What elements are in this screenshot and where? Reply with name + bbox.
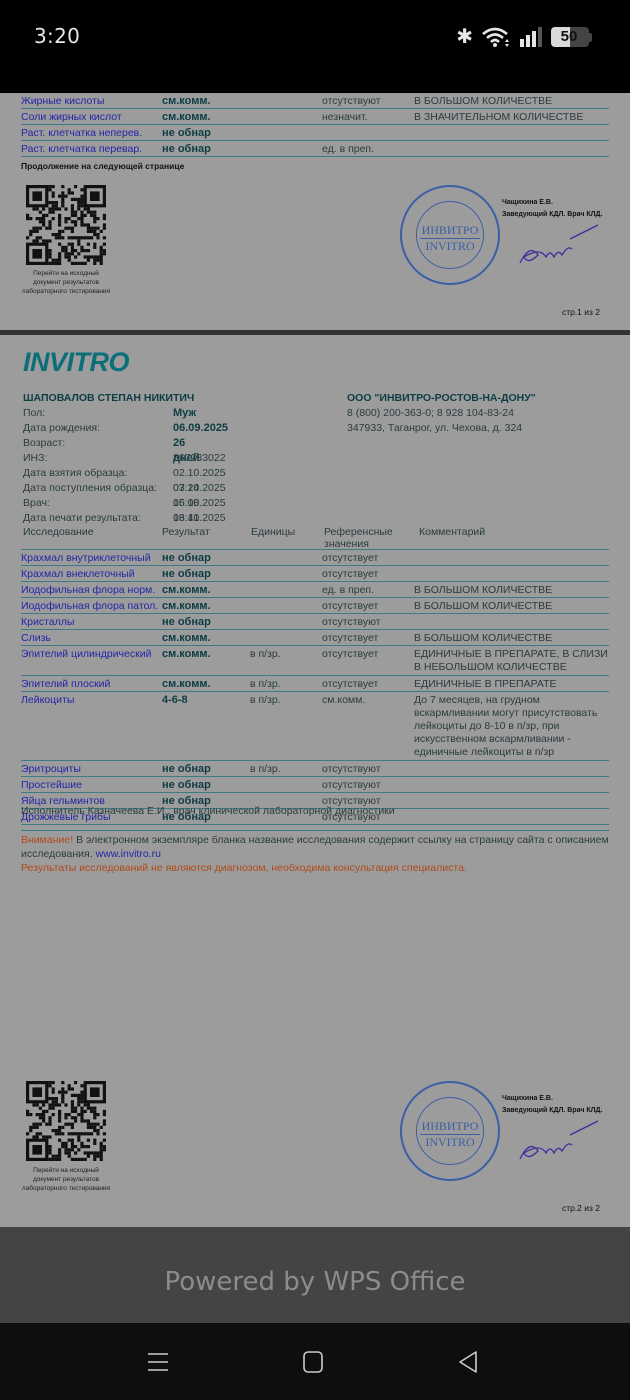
result-value: 4-6-8 xyxy=(162,694,188,707)
field-label: Дата взятия образца: xyxy=(23,467,127,479)
qr-code[interactable] xyxy=(26,185,106,265)
test-name[interactable]: Иодофильная флора норм. xyxy=(21,584,155,597)
field-value: 867233022 xyxy=(173,451,226,466)
clock: 3:20 xyxy=(34,24,80,48)
invitro-logo: INVITRO xyxy=(23,347,129,378)
qr-code[interactable] xyxy=(26,1081,106,1161)
table-row: Лейкоциты4-6-8в п/зр.см.комм.До 7 месяце… xyxy=(21,692,609,761)
patient-name: ШАПОВАЛОВ СТЕПАН НИКИТИЧ xyxy=(23,391,194,406)
table-row: Эритроцитыне обнарв п/зр.отсутствуют xyxy=(21,761,609,777)
result-value: не обнар xyxy=(162,552,211,565)
field-value: Муж xyxy=(173,406,196,421)
field-label: Дата рождения: xyxy=(23,422,100,434)
patient-info: ШАПОВАЛОВ СТЕПАН НИКИТИЧ Пол:МужДата рож… xyxy=(23,391,194,526)
comment-value: В БОЛЬШОМ КОЛИЧЕСТВЕ xyxy=(414,632,609,645)
wifi-icon xyxy=(481,26,511,48)
reference-value: отсутствуют xyxy=(322,616,381,629)
field-label: Врач: xyxy=(23,497,50,509)
invitro-link[interactable]: www.invitro.ru xyxy=(96,848,161,860)
test-name[interactable]: Эпителий цилиндрический xyxy=(21,648,151,661)
reference-value: отсутствует xyxy=(322,600,378,613)
menu-icon[interactable] xyxy=(145,1349,171,1375)
comment-value: В БОЛЬШОМ КОЛИЧЕСТВЕ xyxy=(414,600,609,613)
test-name[interactable]: Раст. клетчатка перевар. xyxy=(21,143,142,156)
test-name[interactable]: Иодофильная флора патол. xyxy=(21,600,158,613)
lab-name: ООО "ИНВИТРО-РОСТОВ-НА-ДОНУ" xyxy=(347,391,536,406)
result-value: см.комм. xyxy=(162,111,211,124)
notice: Внимание! В электронном экземпляре бланк… xyxy=(21,830,609,875)
test-name[interactable]: Эритроциты xyxy=(21,763,81,776)
unit-value: в п/зр. xyxy=(250,648,281,661)
signer-block: Чащихина Е.В. Заведующий КДЛ. Врач КЛД. xyxy=(502,197,602,221)
table-row: Иодофильная флора норм.см.комм.ед. в пре… xyxy=(21,582,609,598)
col-study: Исследование xyxy=(23,526,94,538)
test-name[interactable]: Эпителий плоский xyxy=(21,678,110,691)
comment-value: В ЗНАЧИТЕЛЬНОМ КОЛИЧЕСТВЕ xyxy=(414,111,609,124)
lab-stamp: ИНВИТРО INVITRO xyxy=(400,185,500,285)
field-label: Дата печати результата: xyxy=(23,512,141,524)
unit-value: в п/зр. xyxy=(250,678,281,691)
result-value: см.комм. xyxy=(162,584,211,597)
patient-field: Дата печати результата:06.10.2025 xyxy=(23,511,194,526)
result-value: см.комм. xyxy=(162,95,211,108)
field-value: 06.10.2025 xyxy=(173,511,226,526)
field-label: Пол: xyxy=(23,407,45,419)
result-value: см.комм. xyxy=(162,648,211,661)
comment-value: В БОЛЬШОМ КОЛИЧЕСТВЕ xyxy=(414,95,609,108)
reference-value: отсутствует xyxy=(322,648,378,661)
result-value: не обнар xyxy=(162,127,211,140)
result-value: см.комм. xyxy=(162,632,211,645)
reference-value: отсутствуют xyxy=(322,763,381,776)
result-value: см.комм. xyxy=(162,600,211,613)
lab-info: ООО "ИНВИТРО-РОСТОВ-НА-ДОНУ" 8 (800) 200… xyxy=(347,391,536,436)
qr-caption: Перейти на исходный документ результатов… xyxy=(11,1166,121,1193)
table-row: Крахмал внеклеточныйне обнаротсутствует xyxy=(21,566,609,582)
result-value: не обнар xyxy=(162,143,211,156)
reference-value: ед. в преп. xyxy=(322,584,374,597)
table-row: Эпителий плоскийсм.комм.в п/зр.отсутству… xyxy=(21,676,609,692)
results-table-page1: Жирные кислотысм.комм.отсутствуютВ БОЛЬШ… xyxy=(21,93,609,157)
result-value: не обнар xyxy=(162,616,211,629)
page-number: стр.1 из 2 xyxy=(562,307,600,317)
lab-address: 347933, Таганрог, ул. Чехова, д. 324 xyxy=(347,421,536,436)
lab-phones: 8 (800) 200-363-0; 8 928 104-83-24 xyxy=(347,406,536,421)
table-row: Соли жирных кислотсм.комм.незначит.В ЗНА… xyxy=(21,109,609,125)
battery-icon: 50 xyxy=(551,27,589,47)
col-reference: Референсные значения xyxy=(324,526,404,550)
patient-field: ИНЗ:867233022 xyxy=(23,451,194,466)
table-row: Иодофильная флора патол.см.комм.отсутств… xyxy=(21,598,609,614)
reference-value: отсутствуют xyxy=(322,779,381,792)
comment-value: В БОЛЬШОМ КОЛИЧЕСТВЕ xyxy=(414,584,609,597)
col-result: Результат xyxy=(162,526,210,538)
col-units: Единицы xyxy=(251,526,295,538)
home-icon[interactable] xyxy=(300,1349,326,1375)
table-row: Эпителий цилиндрическийсм.комм.в п/зр.от… xyxy=(21,646,609,676)
document-viewer[interactable]: Жирные кислотысм.комм.отсутствуютВ БОЛЬШ… xyxy=(0,93,630,1227)
patient-field: Врач:06.10.2025 13:41 xyxy=(23,496,194,511)
qr-caption: Перейти на исходный документ результатов… xyxy=(11,269,121,296)
test-name[interactable]: Лейкоциты xyxy=(21,694,74,707)
table-row: Раст. клетчатка перевар.не обнаред. в пр… xyxy=(21,141,609,157)
col-comment: Комментарий xyxy=(419,526,485,538)
status-bar: 3:20 ✱ 50 xyxy=(0,0,630,93)
table-row: Простейшиене обнаротсутствуют xyxy=(21,777,609,793)
patient-field: Пол:Муж xyxy=(23,406,194,421)
unit-value: в п/зр. xyxy=(250,694,281,707)
powered-by-text: Powered by WPS Office xyxy=(0,1267,630,1297)
unit-value: в п/зр. xyxy=(250,763,281,776)
patient-field: Дата взятия образца:02.10.2025 07:24 xyxy=(23,466,194,481)
table-row: Жирные кислотысм.комм.отсутствуютВ БОЛЬШ… xyxy=(21,93,609,109)
patient-field: Возраст:26 дней xyxy=(23,436,194,451)
navigation-bar xyxy=(0,1323,630,1400)
page-number: стр.2 из 2 xyxy=(562,1203,600,1213)
reference-value: отсутствуют xyxy=(322,95,381,108)
reference-value: отсутствует xyxy=(322,632,378,645)
test-name[interactable]: Жирные кислоты xyxy=(21,95,104,108)
signature xyxy=(510,223,600,273)
reference-value: незначит. xyxy=(322,111,368,124)
comment-value: ЕДИНИЧНЫЕ В ПРЕПАРАТЕ xyxy=(414,678,609,691)
table-row: Раст. клетчатка неперев.не обнар xyxy=(21,125,609,141)
continuation-note: Продолжение на следующей странице xyxy=(21,161,184,171)
test-name[interactable]: Крахмал внутриклеточный xyxy=(21,552,151,565)
test-name[interactable]: Слизь xyxy=(21,632,51,645)
field-label: ИНЗ: xyxy=(23,452,47,464)
table-row: Слизьсм.комм.отсутствуетВ БОЛЬШОМ КОЛИЧЕ… xyxy=(21,630,609,646)
reference-value: отсутствует xyxy=(322,678,378,691)
reference-value: ед. в преп. xyxy=(322,143,374,156)
test-name[interactable]: Раст. клетчатка неперев. xyxy=(21,127,142,140)
back-icon[interactable] xyxy=(455,1349,481,1375)
field-value: 06.09.2025 xyxy=(173,421,228,436)
table-row: Крахмал внутриклеточныйне обнаротсутству… xyxy=(21,550,609,566)
result-value: см.комм. xyxy=(162,678,211,691)
result-value: не обнар xyxy=(162,568,211,581)
result-value: не обнар xyxy=(162,763,211,776)
results-table-page2: Крахмал внутриклеточныйне обнаротсутству… xyxy=(21,549,609,825)
test-name[interactable]: Простейшие xyxy=(21,779,82,792)
patient-field: Дата рождения:06.09.2025 xyxy=(23,421,194,436)
field-label: Дата поступления образца: xyxy=(23,482,157,494)
table-row: Кристаллыне обнаротсутствуют xyxy=(21,614,609,630)
test-name[interactable]: Крахмал внеклеточный xyxy=(21,568,135,581)
signal-icon xyxy=(519,27,543,47)
test-name[interactable]: Соли жирных кислот xyxy=(21,111,122,124)
lab-stamp: ИНВИТРО INVITRO xyxy=(400,1081,500,1181)
disclaimer: Результаты исследований не являются диаг… xyxy=(21,861,609,875)
battery-tip xyxy=(589,33,592,42)
page-separator xyxy=(0,330,630,335)
performer: Исполнитель Казначеева Е.И., врач клинич… xyxy=(21,804,609,818)
signer-block: Чащихина Е.В. Заведующий КДЛ. Врач КЛД. xyxy=(502,1093,602,1117)
comment-value: ЕДИНИЧНЫЕ В ПРЕПАРАТЕ, В СЛИЗИ В НЕБОЛЬШ… xyxy=(414,648,609,674)
reference-value: см.комм. xyxy=(322,694,365,707)
comment-value: До 7 месяцев, на грудном вскармливании м… xyxy=(414,694,609,759)
reference-value: отсутствует xyxy=(322,552,378,565)
patient-field: Дата поступления образца:03.10.2025 15:0… xyxy=(23,481,194,496)
wps-footer: Powered by WPS Office xyxy=(0,1227,630,1323)
bluetooth-icon: ✱ xyxy=(456,27,473,47)
status-icons: ✱ 50 xyxy=(456,25,592,49)
reference-value: отсутствует xyxy=(322,568,378,581)
signature xyxy=(510,1119,600,1169)
field-label: Возраст: xyxy=(23,437,65,449)
test-name[interactable]: Кристаллы xyxy=(21,616,74,629)
result-value: не обнар xyxy=(162,779,211,792)
